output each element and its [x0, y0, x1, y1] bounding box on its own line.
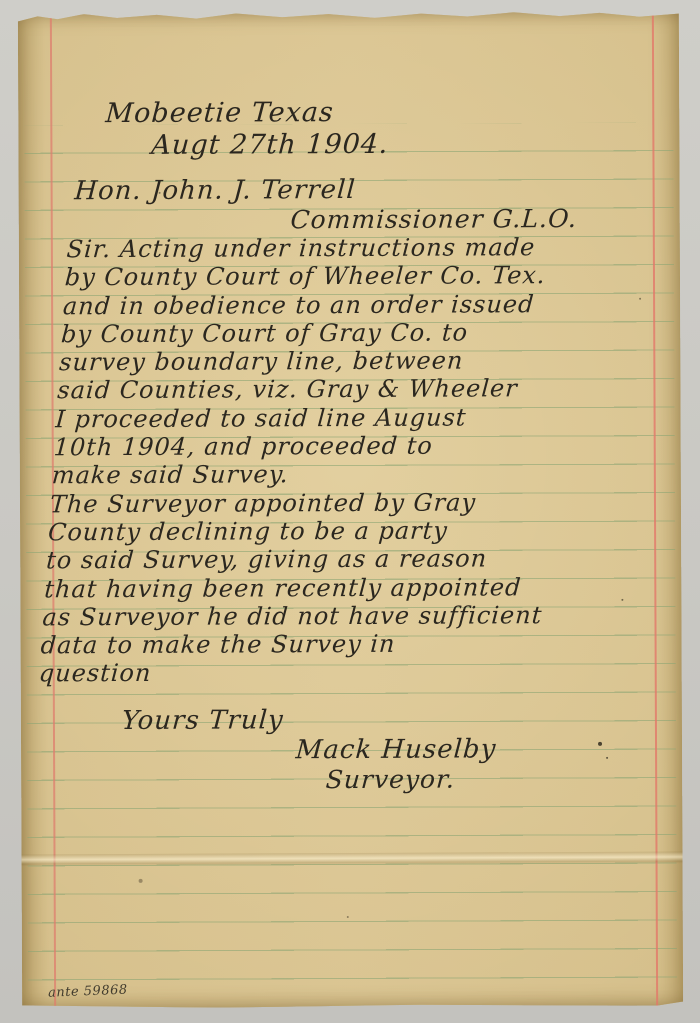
addressee-title: Commissioner G.L.O. — [290, 204, 678, 235]
signature-title: Surveyor. — [325, 763, 641, 794]
signature-line: Mack Huselby — [295, 733, 643, 765]
body-line: data to make the Survey in — [40, 629, 650, 660]
body-line: I proceeded to said line August — [55, 402, 665, 433]
body-line: The Surveyor appointed by Gray — [49, 487, 659, 518]
body-line: that having been recently appointed — [44, 572, 654, 603]
letter-page: Mobeetie Texas Augt 27th 1904. Hon. John… — [18, 10, 683, 1009]
date-line: Augt 27th 1904. — [150, 128, 682, 162]
body-line: by County Court of Wheeler Co. Tex. — [64, 261, 674, 292]
body-line: and in obedience to an order issued — [62, 289, 672, 320]
ink-specks — [18, 12, 20, 14]
letter-body-text: Mobeetie Texas Augt 27th 1904. Hon. John… — [31, 96, 685, 797]
scanned-letter-scene: Mobeetie Texas Augt 27th 1904. Hon. John… — [0, 0, 700, 1023]
body-line: question — [38, 657, 648, 688]
body-line: make said Survey. — [51, 459, 661, 490]
archive-number-note: ante 59868 — [48, 983, 128, 1001]
body-line: by County Court of Gray Co. to — [60, 317, 670, 348]
body-line: County declining to be a party — [47, 516, 657, 547]
body-line: 10th 1904, and proceeded to — [53, 431, 663, 462]
place-line: Mobeetie Texas — [105, 96, 685, 131]
addressee-line: Hon. John. J. Terrell — [74, 174, 680, 207]
body-line: said Counties, viz. Gray & Wheeler — [56, 374, 666, 405]
body-line: survey boundary line, between — [58, 346, 668, 377]
body-line: Sir. Acting under instructions made — [66, 233, 676, 264]
closing-line: Yours Truly — [121, 703, 645, 735]
body-line: as Surveyor he did not have sufficient — [42, 601, 652, 632]
body-line: to said Survey, giving as a reason — [45, 544, 655, 575]
